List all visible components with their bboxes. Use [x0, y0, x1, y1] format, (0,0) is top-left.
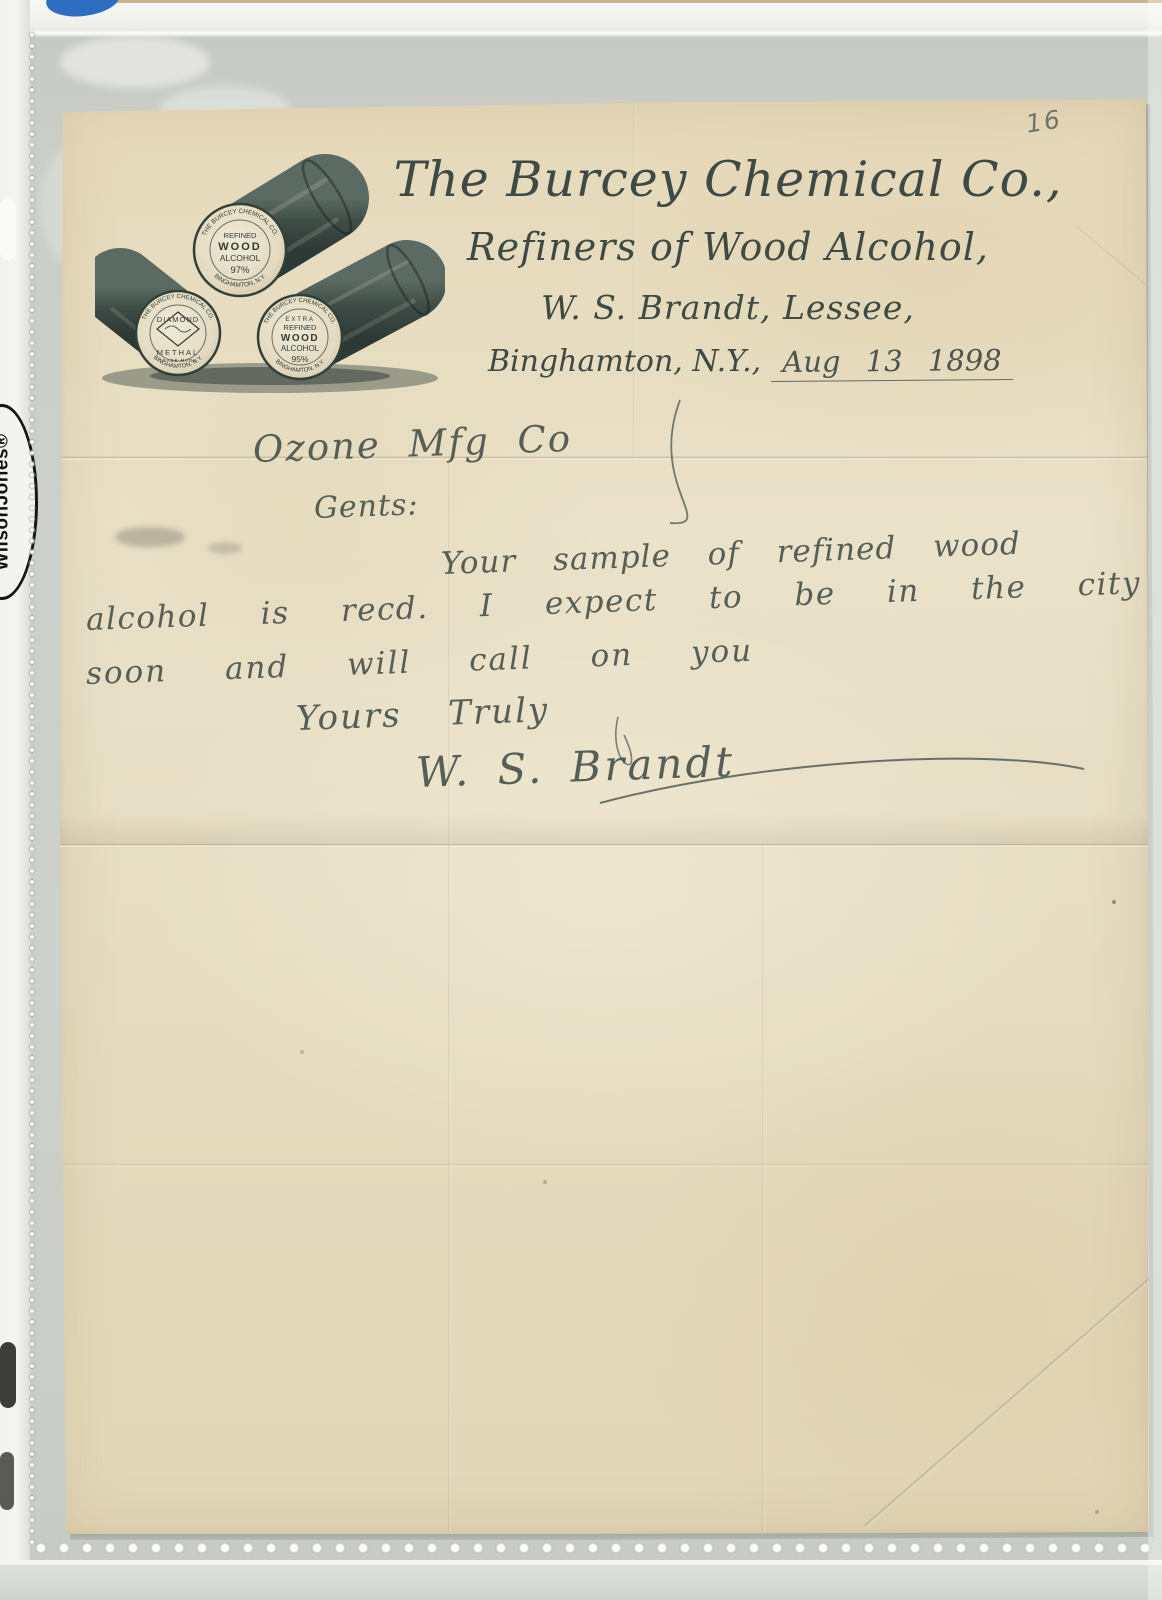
sleeve-glare: [0, 31, 1162, 36]
lessee-line: W. S. Brandt, Lessee,: [308, 288, 1148, 327]
closing: Yours Truly: [295, 690, 550, 739]
recipient-line: Ozone Mfg Co: [252, 417, 573, 471]
barrel-right-line3: WOOD: [281, 333, 319, 344]
company-name: The Burcey Chemical Co.,: [308, 151, 1148, 208]
foxing-speck: [543, 1180, 547, 1184]
barrel-top-line4: 97%: [230, 265, 250, 276]
brand-logo-text: WilsonJones®: [0, 433, 13, 570]
scanned-letter-in-sleeve: THE BURCEY CHEMICAL CO. BINGHAMTON, N.Y.…: [0, 0, 1162, 1600]
ink-smudge: [115, 527, 185, 547]
binder-hole: [0, 1452, 14, 1510]
seam-vertical: [26, 30, 39, 1544]
place-printed: Binghamton, N.Y.,: [488, 344, 761, 379]
sleeve-scuff: [60, 36, 210, 88]
foxing-speck: [1095, 1510, 1099, 1514]
binder-hole: [0, 1342, 16, 1408]
crease: [762, 843, 765, 1533]
body-line-3: soon and will call on you: [85, 633, 753, 692]
page-number-pencil: 16: [1024, 104, 1064, 138]
sleeve-top-band: [0, 0, 1162, 34]
letter-paper: THE BURCEY CHEMICAL CO. BINGHAMTON, N.Y.…: [58, 95, 1150, 1535]
salutation: Gents:: [313, 487, 419, 526]
signature: W. S. Brandt: [415, 737, 736, 797]
barrel-left: THE BURCEY CHEMICAL CO. BINGHAMTON, N.Y.…: [111, 287, 220, 375]
date-descender-flourish: [670, 400, 687, 523]
foxing-speck: [1112, 900, 1116, 904]
barrel-top-line2: WOOD: [218, 241, 261, 253]
barrel-left-line2: METHAL: [157, 348, 199, 357]
barrel-right-line4: ALCOHOL: [281, 344, 320, 353]
fold-line: [58, 456, 1150, 460]
foxing-speck: [300, 1050, 304, 1054]
fold-line: [58, 843, 1150, 847]
place-date-line: Binghamton, N.Y.,Aug 13 1898: [488, 344, 1013, 381]
ink-smudge: [208, 542, 242, 554]
barrel-right-line5: 95%: [291, 354, 308, 364]
body-line-2: alcohol is recd. I expect to be in the c…: [85, 565, 1141, 638]
barrel-left-line1: DIAMOND: [157, 315, 199, 324]
barrel-left-line3: TRADE MARK: [159, 358, 197, 363]
barrel-top-line3: ALCOHOL: [220, 253, 261, 263]
sleeve-glare-right: [1148, 0, 1162, 1600]
handwritten-date: Aug 13 1898: [771, 343, 1013, 382]
crease-diagonal: [864, 1263, 1162, 1528]
binder-hole: [0, 198, 16, 260]
tagline: Refiners of Wood Alcohol,: [308, 225, 1148, 269]
seam-bottom: [30, 1538, 1162, 1558]
sleeve-bottom-band: [0, 1565, 1162, 1600]
background-paper-edge: [96, 0, 1162, 3]
fold-line: [58, 1163, 1150, 1167]
fold-shading: [58, 813, 1150, 843]
barrel-top-line1: REFINED: [224, 231, 258, 240]
